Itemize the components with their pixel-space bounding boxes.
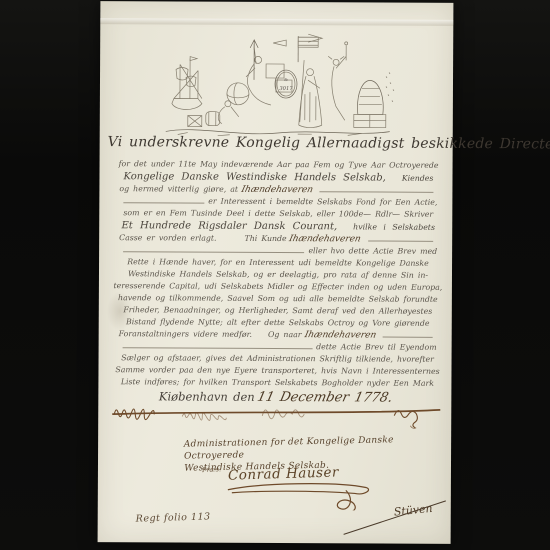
handwritten-bearer-name: Ihændehaveren <box>303 330 377 340</box>
allegorical-vignette: № 3017 <box>158 31 399 142</box>
printed-text: for det under 11te May indeværende Aar p… <box>119 159 439 170</box>
printed-text: Sælger og afstaaer, gives det Administra… <box>121 353 434 364</box>
printed-text: Westindiske Handels Selskab, og er deela… <box>128 269 428 280</box>
presentation-note: Præs. <box>202 465 221 474</box>
share-number-cartouche <box>275 70 297 98</box>
printed-text: Samme vorder paa den nye Eyere transport… <box>115 365 439 376</box>
blank-rule <box>123 251 304 253</box>
handwritten-bearer-name: Ihændehaveren <box>289 234 363 244</box>
printed-text: teresserende Capital, udi Selskabets Mid… <box>114 281 443 292</box>
barrel-icon <box>206 112 220 126</box>
blank-rule <box>383 337 433 338</box>
registry-folio-note: Regt folio 113 <box>136 511 211 524</box>
printed-text: Thi Kunde <box>245 234 287 243</box>
certificate-paper: № 3017 Vi underskrevne Kongelig <box>98 1 454 544</box>
printed-text: Kongelige Danske Westindiske Handels Sel… <box>124 171 386 183</box>
struck-signatures <box>110 400 442 432</box>
ship-icon <box>172 98 202 109</box>
printed-text: Rette i Hænde haver, for en Interessent … <box>127 257 429 268</box>
share-number-label: № <box>283 77 288 82</box>
blank-rule <box>123 347 313 349</box>
printed-text: Friheder, Benaadninger, og Herligheder, … <box>123 305 432 316</box>
printed-text: er Interessent i bemeldte Selskabs Fond … <box>208 197 437 207</box>
document-body: for det under 11te May indeværende Aar p… <box>118 159 437 407</box>
share-number: 3017 <box>279 86 293 92</box>
printed-text: Et Hundrede Rigsdaler Dansk Courant, <box>121 220 337 232</box>
printed-text: eller hvo dette Actie Brev med <box>308 246 437 256</box>
printed-text: Liste indføres; for hvilken Transport Se… <box>121 377 434 388</box>
printed-text: hvilke i Selskabets <box>353 222 435 231</box>
document-heading: Vi underskrevne Kongelig Allernaadigst b… <box>108 134 445 152</box>
blank-rule <box>368 240 433 241</box>
mercury-figure <box>333 59 339 65</box>
printed-text: Og naar <box>268 330 302 339</box>
beehive-icon <box>357 80 383 114</box>
printed-text: og hermed vitterlig giøre, at <box>119 184 238 194</box>
printed-text: dette Actie Brev til Eyendom <box>316 342 436 352</box>
photo-background: № 3017 Vi underskrevne Kongelig <box>0 0 550 550</box>
blank-rule <box>319 191 433 193</box>
printed-text: Kiendes <box>402 174 434 183</box>
fold-crease <box>100 18 453 26</box>
printed-text: Foranstaltningers videre medfør. <box>119 329 252 339</box>
printed-text: Bistand flydende Nytte; alt efter dette … <box>126 317 429 328</box>
printed-text: Casse er vorden erlagt. <box>119 233 216 243</box>
printed-text: som er en Fem Tusinde Deel i dette Selsk… <box>123 208 433 219</box>
denmark-figure <box>307 69 314 76</box>
blank-rule <box>123 202 204 203</box>
handwritten-bearer-name: Ihændehaveren <box>240 185 314 195</box>
printed-text: havende og tilkommende, Saavel Som og ud… <box>118 293 438 304</box>
